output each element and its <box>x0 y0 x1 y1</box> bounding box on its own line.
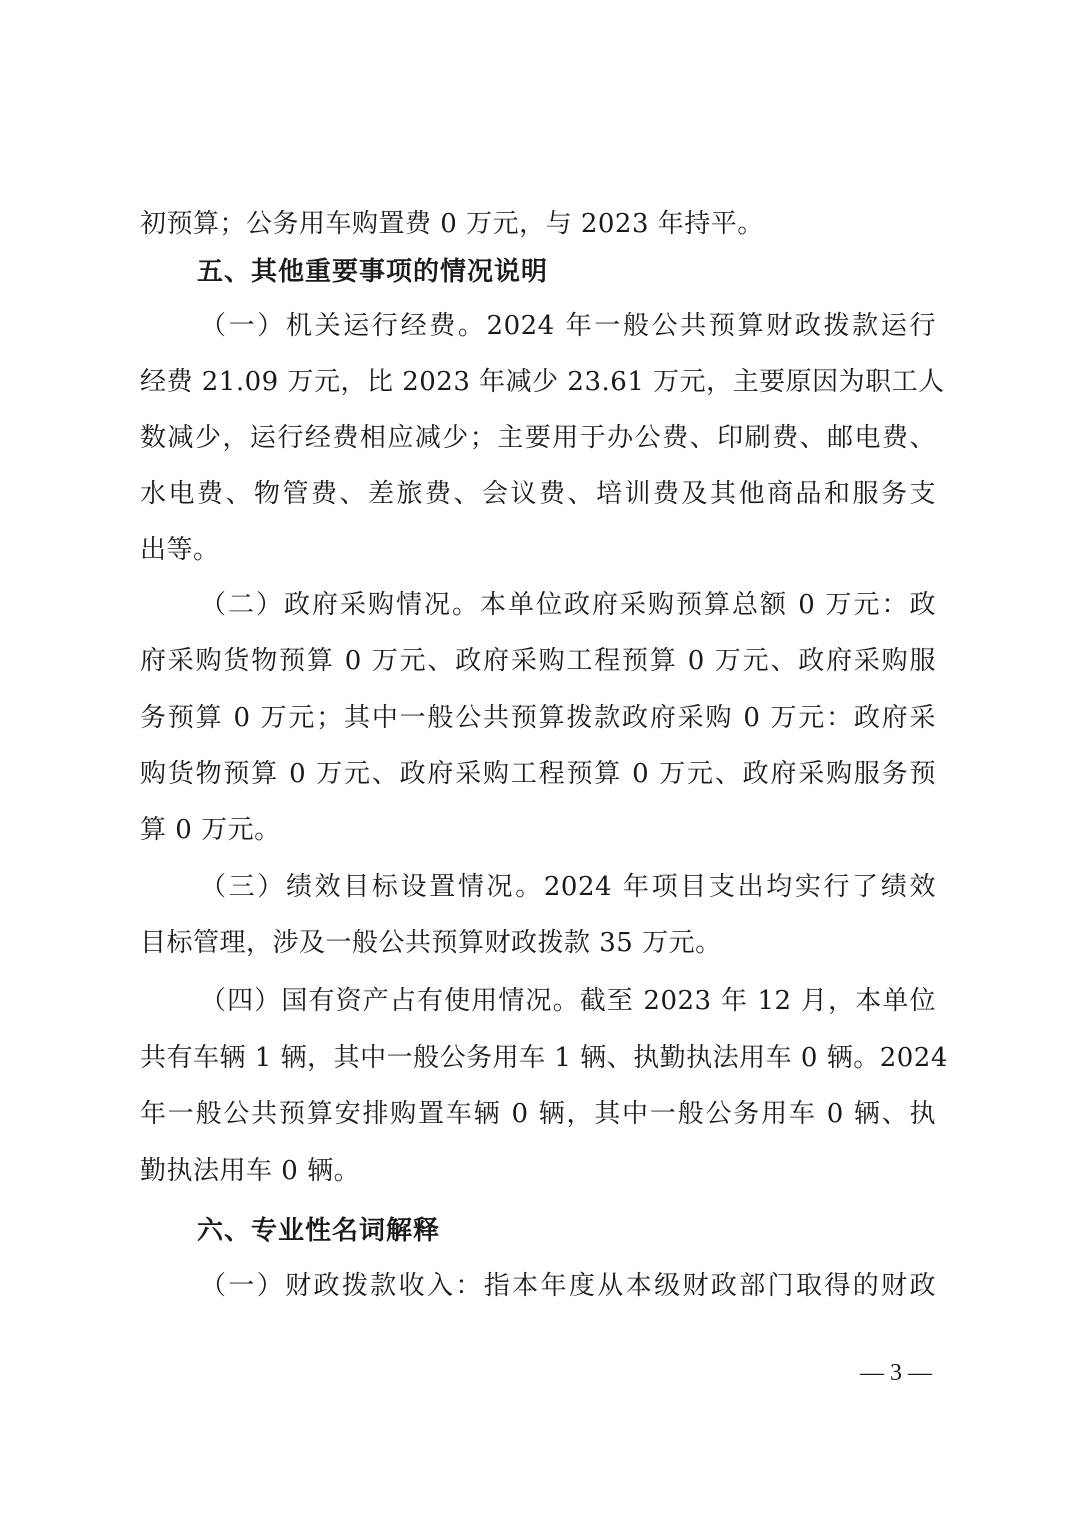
paragraph-line: 目标管理，涉及一般公共预算财政拨款 35 万元。 <box>140 923 936 963</box>
paragraph-line: 出等。 <box>140 530 936 570</box>
section-heading-6: 六、专业性名词解释 <box>197 1211 440 1251</box>
paragraph-line: （二）政府采购情况。本单位政府采购预算总额 0 万元：政 <box>200 585 936 625</box>
paragraph-line: 勤执法用车 0 辆。 <box>140 1151 936 1191</box>
paragraph-line: 算 0 万元。 <box>140 810 936 850</box>
paragraph-line: （一）机关运行经费。2024 年一般公共预算财政拨款运行 <box>200 306 936 346</box>
paragraph-line: 经费 21.09 万元，比 2023 年减少 23.61 万元，主要原因为职工人 <box>140 362 936 402</box>
paragraph-line: （四）国有资产占有使用情况。截至 2023 年 12 月，本单位 <box>200 981 936 1021</box>
paragraph-line: 年一般公共预算安排购置车辆 0 辆，其中一般公务用车 0 辆、执 <box>140 1094 936 1134</box>
document-page: 初预算；公务用车购置费 0 万元，与 2023 年持平。 五、其他重要事项的情况… <box>0 0 1074 1520</box>
section-heading-5: 五、其他重要事项的情况说明 <box>197 252 548 292</box>
paragraph-line: 务预算 0 万元；其中一般公共预算拨款政府采购 0 万元：政府采 <box>140 698 936 738</box>
paragraph-line: 共有车辆 1 辆，其中一般公务用车 1 辆、执勤执法用车 0 辆。2024 <box>140 1038 936 1078</box>
paragraph-line: 购货物预算 0 万元、政府采购工程预算 0 万元、政府采购服务预 <box>140 754 936 794</box>
paragraph-line: 数减少，运行经费相应减少；主要用于办公费、印刷费、邮电费、 <box>140 418 936 458</box>
paragraph-line: 府采购货物预算 0 万元、政府采购工程预算 0 万元、政府采购服 <box>140 641 936 681</box>
paragraph-line: （三）绩效目标设置情况。2024 年项目支出均实行了绩效 <box>200 867 936 907</box>
paragraph-line: 水电费、物管费、差旅费、会议费、培训费及其他商品和服务支 <box>140 474 936 514</box>
paragraph-line: （一）财政拨款收入：指本年度从本级财政部门取得的财政 <box>200 1266 936 1306</box>
paragraph-line: 初预算；公务用车购置费 0 万元，与 2023 年持平。 <box>140 204 936 244</box>
page-number: — 3 — <box>860 1355 932 1391</box>
